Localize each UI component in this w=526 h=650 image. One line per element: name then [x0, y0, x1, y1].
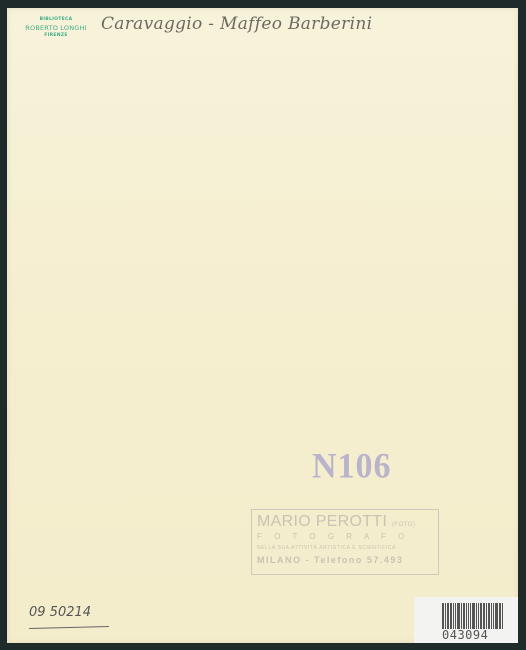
photographer-stamp: MARIO PEROTTI (FOTO) F O T O G R A F O N… — [251, 509, 439, 575]
inventory-underline — [29, 626, 109, 629]
barcode-bar — [478, 603, 479, 629]
library-stamp-line2: ROBERTO LONGHI — [20, 24, 92, 32]
barcode-bar — [453, 603, 454, 629]
photographer-name-suffix: (FOTO) — [392, 522, 416, 528]
barcode-bar — [445, 603, 446, 629]
barcode-number: 043094 — [442, 628, 506, 642]
barcode-bar — [447, 603, 448, 629]
photo-verso-paper: BIBLIOTECA ROBERTO LONGHI FIRENZE Carava… — [7, 8, 518, 643]
barcode-bar — [457, 603, 459, 629]
barcode-bar — [488, 603, 490, 629]
barcode-bar — [486, 603, 487, 629]
barcode-bar — [466, 603, 467, 629]
barcode-bar — [491, 603, 492, 629]
archive-number-stamp: N106 — [312, 447, 392, 487]
library-stamp-line3: FIRENZE — [20, 32, 92, 40]
handwritten-title: Caravaggio - Maffeo Barberini — [101, 14, 372, 34]
photographer-name: MARIO PEROTTI (FOTO) — [257, 513, 415, 531]
barcode-bar — [461, 603, 462, 629]
barcode-bar — [450, 603, 452, 629]
photographer-fine-print: NELLA SUA ATTIVITÀ ARTISTICA E SCIENTIFI… — [257, 545, 396, 551]
barcode-bar — [468, 603, 469, 629]
barcode-bar — [463, 603, 465, 629]
barcode-bar — [476, 603, 477, 629]
barcode-bar — [495, 603, 497, 629]
barcode-icon — [442, 603, 504, 629]
barcode-bar — [442, 603, 444, 629]
barcode-bar — [493, 603, 494, 629]
barcode-bar — [455, 603, 456, 629]
inventory-number: 09 50214 — [29, 605, 91, 620]
barcode-bar — [499, 603, 501, 629]
barcode-bar — [480, 603, 482, 629]
photographer-name-text: MARIO PEROTTI — [257, 513, 387, 530]
barcode-bar — [472, 603, 474, 629]
barcode-label: 043094 — [414, 597, 518, 643]
library-stamp: BIBLIOTECA ROBERTO LONGHI FIRENZE — [20, 16, 92, 40]
library-stamp-line1: BIBLIOTECA — [20, 16, 92, 24]
barcode-bar — [470, 603, 471, 629]
barcode-bar — [483, 603, 484, 629]
barcode-bar — [502, 603, 503, 629]
photographer-subtitle: F O T O G R A F O — [257, 532, 409, 541]
photographer-city: MILANO - Telefono 57.493 — [257, 555, 403, 565]
